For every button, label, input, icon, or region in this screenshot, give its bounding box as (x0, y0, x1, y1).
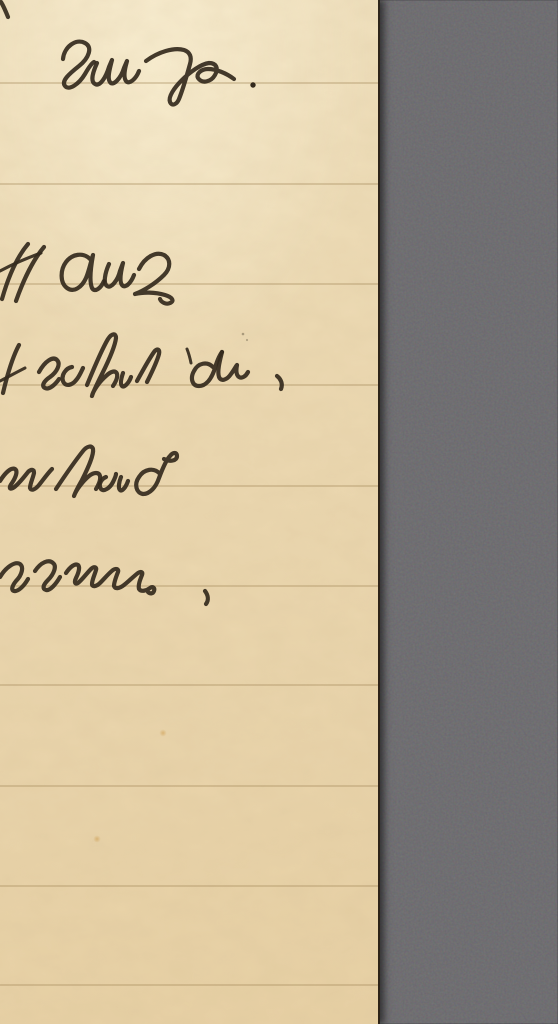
manuscript-photo: Right-hand portion of a cream ruled pape… (0, 0, 558, 1024)
paper-sheet (0, 0, 380, 1024)
handwriting-layer (0, 0, 378, 1024)
handwriting-line-2 (0, 244, 172, 304)
handwriting-line-5 (0, 561, 208, 604)
handwriting-line-1 (63, 42, 256, 105)
handwriting-line-3 (0, 333, 282, 396)
handwriting-line-4 (0, 447, 177, 496)
handwriting-corner-fragment (1, 2, 8, 17)
